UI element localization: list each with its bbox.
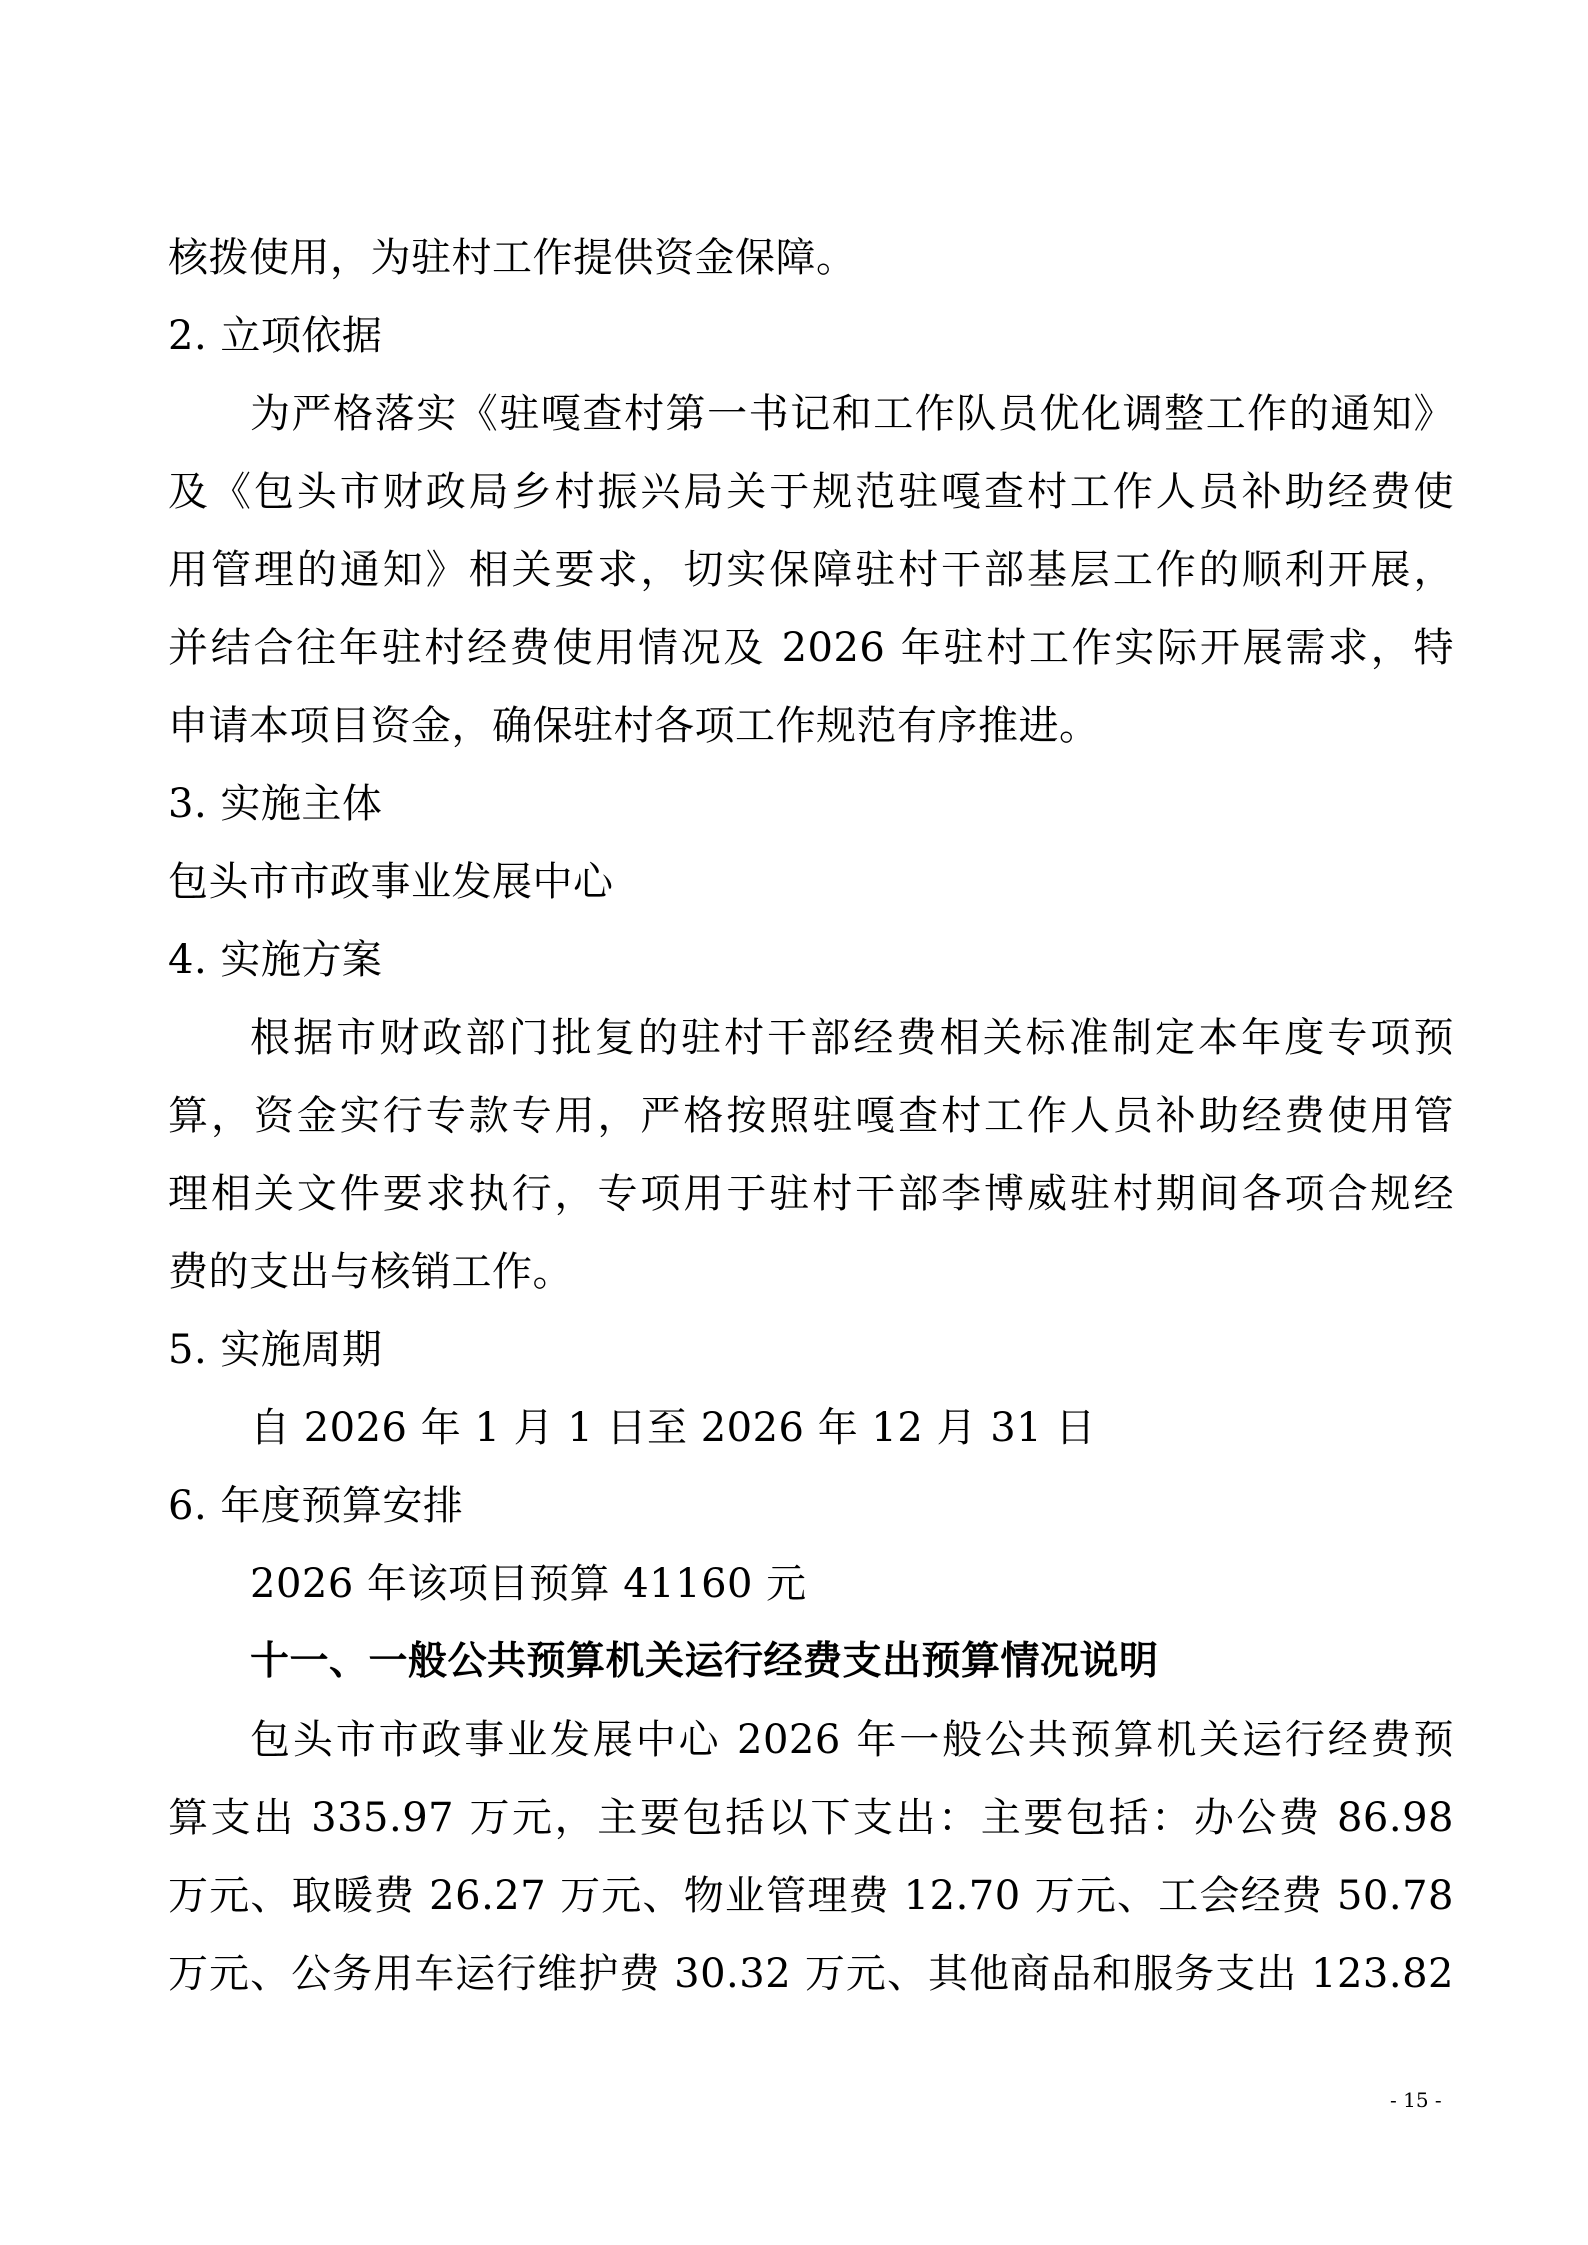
- paragraph-line: 理相关文件要求执行，专项用于驻村干部李博威驻村期间各项合规经: [168, 1166, 1454, 1222]
- subheading-budget: 6. 年度预算安排: [168, 1478, 1454, 1534]
- subheading-basis: 2. 立项依据: [168, 308, 1454, 364]
- paragraph-line: 申请本项目资金，确保驻村各项工作规范有序推进。: [168, 698, 1454, 754]
- page-number: - 15 -: [1390, 2088, 1442, 2112]
- paragraph-line: 2026 年该项目预算 41160 元: [168, 1556, 1454, 1612]
- paragraph-line: 核拨使用，为驻村工作提供资金保障。: [168, 230, 1454, 286]
- paragraph-line: 费的支出与核销工作。: [168, 1244, 1454, 1300]
- subheading-plan: 4. 实施方案: [168, 932, 1454, 988]
- paragraph-line: 算，资金实行专款专用，严格按照驻嘎查村工作人员补助经费使用管: [168, 1088, 1454, 1144]
- paragraph-line: 万元、公务用车运行维护费 30.32 万元、其他商品和服务支出 123.82: [168, 1946, 1454, 2002]
- paragraph-line: 为严格落实《驻嘎查村第一书记和工作队员优化调整工作的通知》: [168, 386, 1454, 442]
- paragraph-line: 自 2026 年 1 月 1 日至 2026 年 12 月 31 日: [168, 1400, 1454, 1456]
- paragraph-line: 用管理的通知》相关要求，切实保障驻村干部基层工作的顺利开展，: [168, 542, 1454, 598]
- subheading-implementer: 3. 实施主体: [168, 776, 1454, 832]
- paragraph-line: 并结合往年驻村经费使用情况及 2026 年驻村工作实际开展需求，特: [168, 620, 1454, 676]
- section-heading: 十一、一般公共预算机关运行经费支出预算情况说明: [168, 1634, 1454, 1690]
- subheading-period: 5. 实施周期: [168, 1322, 1454, 1378]
- paragraph-line: 算支出 335.97 万元，主要包括以下支出：主要包括：办公费 86.98: [168, 1790, 1454, 1846]
- paragraph-line: 根据市财政部门批复的驻村干部经费相关标准制定本年度专项预: [168, 1010, 1454, 1066]
- paragraph-line: 及《包头市财政局乡村振兴局关于规范驻嘎查村工作人员补助经费使: [168, 464, 1454, 520]
- paragraph-line: 包头市市政事业发展中心 2026 年一般公共预算机关运行经费预: [168, 1712, 1454, 1768]
- paragraph-line: 包头市市政事业发展中心: [168, 854, 1454, 910]
- paragraph-line: 万元、取暖费 26.27 万元、物业管理费 12.70 万元、工会经费 50.7…: [168, 1868, 1454, 1924]
